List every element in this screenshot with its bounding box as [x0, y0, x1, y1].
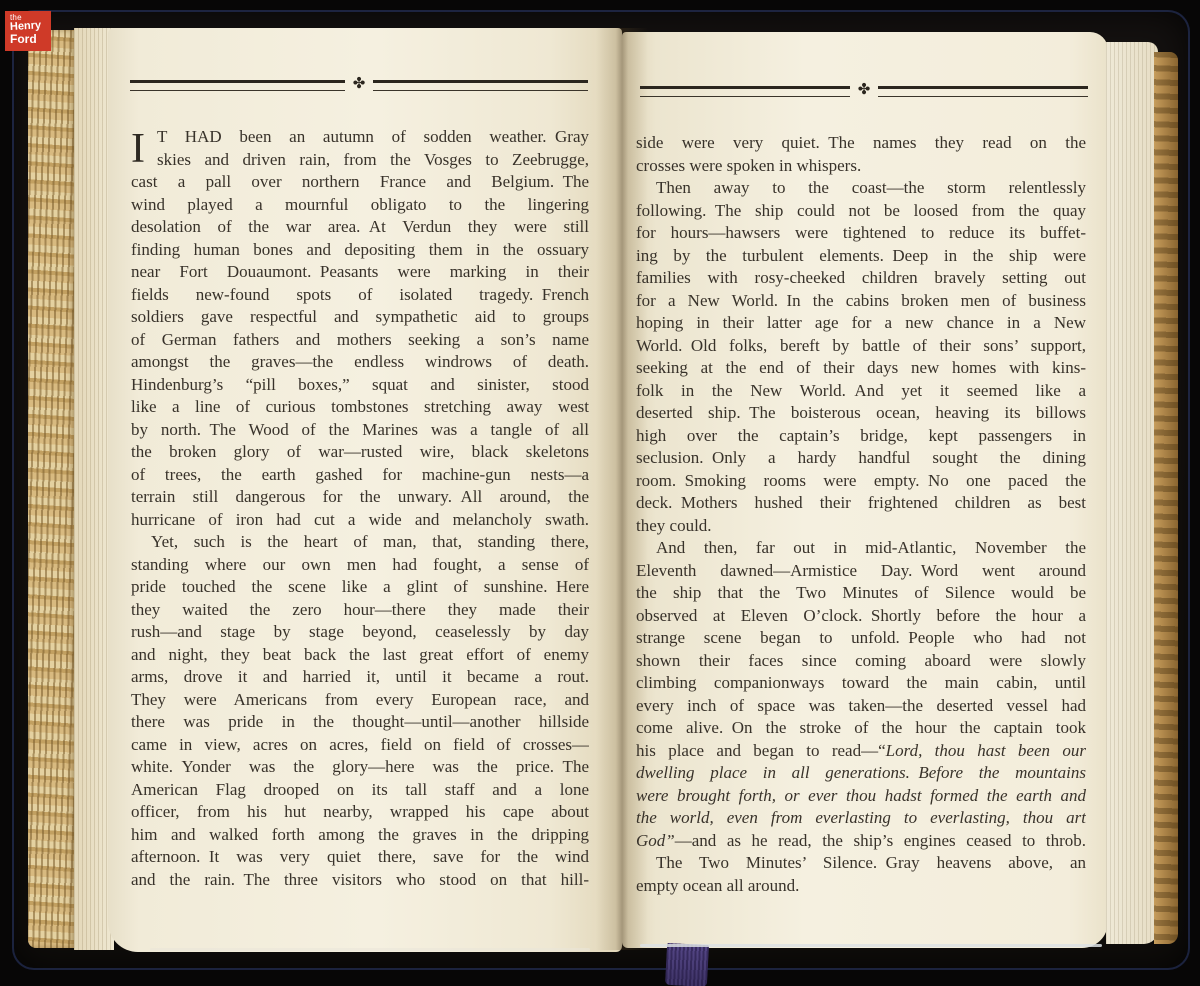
text-line: seclusion. Only a hardy handful sought t… — [636, 447, 1086, 470]
logo-text-ford: Ford — [10, 33, 51, 45]
text-segment: terrain still dangerous for the unwary. … — [131, 487, 589, 506]
text-line: empty ocean all around. — [636, 875, 1086, 898]
text-segment: soldiers gave respectful and sympathetic… — [131, 307, 589, 326]
text-segment: fields new-found spots of isolated trage… — [131, 285, 589, 304]
text-line: every inch of space was taken—the desert… — [636, 695, 1086, 718]
rule-segment — [878, 86, 1088, 97]
text-segment: —and as he read, the ship’s engines ceas… — [675, 831, 1086, 850]
text-line: following. The ship could not be loosed … — [636, 200, 1086, 223]
ribbon-bookmark — [665, 943, 709, 986]
text-segment: his place and began to read—“ — [636, 741, 886, 760]
text-line: side were very quiet. The names they rea… — [636, 132, 1086, 155]
text-segment: officer, from his hut nearby, wrapped hi… — [131, 802, 589, 821]
text-line: Yet, such is the heart of man, that, sta… — [131, 531, 589, 554]
text-segment: every inch of space was taken—the desert… — [636, 696, 1086, 715]
text-segment: families with rosy-cheeked children brav… — [636, 268, 1086, 287]
text-line: the world, even from everlasting to ever… — [636, 807, 1086, 830]
text-line: And then, far out in mid-Atlantic, Novem… — [636, 537, 1086, 560]
text-line: high over the captain’s bridge, kept pas… — [636, 425, 1086, 448]
text-line: fields new-found spots of isolated trage… — [131, 284, 589, 307]
text-line: came in view, acres on acres, field on f… — [131, 734, 589, 757]
right-page-bottom-edge — [640, 944, 1102, 947]
text-segment: near Fort Douaumont. Peasants were marki… — [131, 262, 589, 281]
text-segment: they waited the zero hour—there they mad… — [131, 600, 589, 619]
text-segment: shown their faces since coming aboard we… — [636, 651, 1086, 670]
text-line: near Fort Douaumont. Peasants were marki… — [131, 261, 589, 284]
text-line: they waited the zero hour—there they mad… — [131, 599, 589, 622]
text-segment: empty ocean all around. — [636, 876, 799, 895]
fleuron-icon: ✤ — [353, 79, 366, 89]
text-segment: like a line of curious tombstones stretc… — [131, 397, 589, 416]
text-line: skies and driven rain, from the Vosges t… — [131, 149, 589, 172]
text-line: hurricane of iron had cut a wide and mel… — [131, 509, 589, 532]
italic-text-segment: dwelling place in all generations. Befor… — [636, 763, 1086, 782]
text-line: and night, they beat back the last great… — [131, 644, 589, 667]
text-segment: standing where our own men had fought, a… — [131, 555, 589, 574]
text-line: Eleventh dawned—Armistice Day. Word went… — [636, 560, 1086, 583]
italic-text-segment: Lord, thou hast been our — [886, 741, 1086, 760]
text-segment: Hindenburg’s “pill boxes,” squat and sin… — [131, 375, 589, 394]
text-line: dwelling place in all generations. Befor… — [636, 762, 1086, 785]
text-segment: wind played a mournful obligato to the l… — [131, 195, 589, 214]
text-line: deck. Mothers hushed their frightened ch… — [636, 492, 1086, 515]
text-line: white. Yonder was the glory—here was the… — [131, 756, 589, 779]
text-segment: by north. The Wood of the Marines was a … — [131, 420, 589, 439]
text-segment: following. The ship could not be loosed … — [636, 201, 1086, 220]
text-segment: amongst the graves—the endless windrows … — [131, 352, 589, 371]
text-segment: observed at Eleven O’clock. Shortly befo… — [636, 606, 1086, 625]
text-segment: desolation of the war area. At Verdun th… — [131, 217, 589, 236]
text-line: for a New World. In the cabins broken me… — [636, 290, 1086, 313]
text-segment: white. Yonder was the glory—here was the… — [131, 757, 589, 776]
text-segment: Then away to the coast—the storm relentl… — [656, 178, 1086, 197]
text-line: observed at Eleven O’clock. Shortly befo… — [636, 605, 1086, 628]
header-rule-right: ✤ — [640, 86, 1088, 97]
text-line: arms, drove it and harried it, until it … — [131, 666, 589, 689]
text-segment: of German fathers and mothers seeking a … — [131, 330, 589, 349]
text-line: folk in the New World. And yet it seemed… — [636, 380, 1086, 403]
text-segment: American Flag drooped on its tall staff … — [131, 780, 589, 799]
text-line: seeking at the end of their days new hom… — [636, 357, 1086, 380]
text-line: and the rain. The three visitors who sto… — [131, 869, 589, 892]
text-line: afternoon. It was very quiet there, save… — [131, 846, 589, 869]
text-line: like a line of curious tombstones stretc… — [131, 396, 589, 419]
text-segment: folk in the New World. And yet it seemed… — [636, 381, 1086, 400]
text-segment: seclusion. Only a hardy handful sought t… — [636, 448, 1086, 467]
text-segment: They were Americans from every European … — [131, 690, 589, 709]
text-segment: arms, drove it and harried it, until it … — [131, 667, 589, 686]
rule-segment — [130, 80, 345, 91]
text-line: pride touched the scene like a glint of … — [131, 576, 589, 599]
text-line: cast a pall over northern France and Bel… — [131, 171, 589, 194]
text-line: room. Smoking rooms were empty. No one p… — [636, 470, 1086, 493]
text-segment: The Two Minutes’ Silence. Gray heavens a… — [656, 853, 1086, 872]
text-line: The Two Minutes’ Silence. Gray heavens a… — [636, 852, 1086, 875]
text-segment: cast a pall over northern France and Bel… — [131, 172, 589, 191]
text-line: T HAD been an autumn of sodden weather. … — [131, 126, 589, 149]
text-segment: came in view, acres on acres, field on f… — [131, 735, 589, 754]
text-line: his place and began to read—“Lord, thou … — [636, 740, 1086, 763]
text-segment: and night, they beat back the last great… — [131, 645, 589, 664]
text-segment: T HAD been an autumn of sodden weather. … — [157, 127, 589, 146]
text-line: ing by the turbulent elements. Deep in t… — [636, 245, 1086, 268]
text-line: hoping in their latter age for a new cha… — [636, 312, 1086, 335]
text-segment: crosses were spoken in whispers. — [636, 156, 861, 175]
text-segment: strange scene began to unfold. People wh… — [636, 628, 1086, 647]
italic-text-segment: the world, even from everlasting to ever… — [636, 808, 1086, 827]
text-line: of trees, the earth gashed for machine-g… — [131, 464, 589, 487]
book-photograph: ✤ ✤ I T HAD been an autumn of sodden wea… — [0, 0, 1200, 986]
text-line: for hours—hawsers were tightened to redu… — [636, 222, 1086, 245]
left-fore-edge-gilt — [28, 30, 76, 948]
text-segment: side were very quiet. The names they rea… — [636, 133, 1086, 152]
text-segment: hurricane of iron had cut a wide and mel… — [131, 510, 589, 529]
text-segment: of trees, the earth gashed for machine-g… — [131, 465, 589, 484]
text-segment: for a New World. In the cabins broken me… — [636, 291, 1086, 310]
rule-segment — [373, 80, 588, 91]
text-line: soldiers gave respectful and sympathetic… — [131, 306, 589, 329]
fleuron-icon: ✤ — [858, 85, 871, 95]
text-segment: high over the captain’s bridge, kept pas… — [636, 426, 1086, 445]
text-line: climbing companionways toward the main c… — [636, 672, 1086, 695]
text-segment: finding human bones and depositing them … — [131, 240, 589, 259]
text-segment: World. Old folks, bereft by battle of th… — [636, 336, 1086, 355]
text-segment: room. Smoking rooms were empty. No one p… — [636, 471, 1086, 490]
text-segment: they could. — [636, 516, 712, 535]
text-segment: pride touched the scene like a glint of … — [131, 577, 589, 596]
italic-text-segment: were brought forth, or ever thou hadst f… — [636, 786, 1086, 805]
text-line: wind played a mournful obligato to the l… — [131, 194, 589, 217]
header-rule-left: ✤ — [130, 80, 588, 91]
text-line: Then away to the coast—the storm relentl… — [636, 177, 1086, 200]
drop-cap: I — [131, 128, 145, 170]
text-line: American Flag drooped on its tall staff … — [131, 779, 589, 802]
text-segment: afternoon. It was very quiet there, save… — [131, 847, 589, 866]
text-segment: ing by the turbulent elements. Deep in t… — [636, 246, 1086, 265]
italic-text-segment: God” — [636, 831, 675, 850]
text-segment: climbing companionways toward the main c… — [636, 673, 1086, 692]
left-page-bottom-edge — [150, 948, 590, 951]
text-line: by north. The Wood of the Marines was a … — [131, 419, 589, 442]
text-line: they could. — [636, 515, 1086, 538]
text-line: desolation of the war area. At Verdun th… — [131, 216, 589, 239]
right-page-text: side were very quiet. The names they rea… — [636, 132, 1086, 897]
text-segment: rush—and stage by stage beyond, ceaseles… — [131, 622, 589, 641]
text-segment: the ship that the Two Minutes of Silence… — [636, 583, 1086, 602]
text-line: there was pride in the thought—until—ano… — [131, 711, 589, 734]
text-line: of German fathers and mothers seeking a … — [131, 329, 589, 352]
text-line: Hindenburg’s “pill boxes,” squat and sin… — [131, 374, 589, 397]
text-line: were brought forth, or ever thou hadst f… — [636, 785, 1086, 808]
text-segment: for hours—hawsers were tightened to redu… — [636, 223, 1086, 242]
text-segment: seeking at the end of their days new hom… — [636, 358, 1086, 377]
text-segment: and the rain. The three visitors who sto… — [131, 870, 589, 889]
text-segment: skies and driven rain, from the Vosges t… — [157, 150, 589, 169]
text-line: the ship that the Two Minutes of Silence… — [636, 582, 1086, 605]
text-segment: And then, far out in mid-Atlantic, Novem… — [656, 538, 1086, 557]
logo-text-henry: Henry — [10, 20, 52, 33]
text-segment: the broken glory of war—rusted wire, bla… — [131, 442, 589, 461]
text-line: They were Americans from every European … — [131, 689, 589, 712]
text-line: rush—and stage by stage beyond, ceaseles… — [131, 621, 589, 644]
text-line: families with rosy-cheeked children brav… — [636, 267, 1086, 290]
left-page-text: I T HAD been an autumn of sodden weather… — [131, 126, 589, 891]
text-line: God”—and as he read, the ship’s engines … — [636, 830, 1086, 853]
text-line: finding human bones and depositing them … — [131, 239, 589, 262]
text-line: deserted ship. The boisterous ocean, hea… — [636, 402, 1086, 425]
text-segment: hoping in their latter age for a new cha… — [636, 313, 1086, 332]
text-line: come alive. On the stroke of the hour th… — [636, 717, 1086, 740]
text-line: amongst the graves—the endless windrows … — [131, 351, 589, 374]
rule-segment — [640, 86, 850, 97]
text-line: crosses were spoken in whispers. — [636, 155, 1086, 178]
text-line: terrain still dangerous for the unwary. … — [131, 486, 589, 509]
text-segment: deck. Mothers hushed their frightened ch… — [636, 493, 1086, 512]
text-segment: come alive. On the stroke of the hour th… — [636, 718, 1086, 737]
henry-ford-logo: the Henry Ford — [5, 11, 51, 51]
text-line: standing where our own men had fought, a… — [131, 554, 589, 577]
text-segment: him and walked forth among the graves in… — [131, 825, 589, 844]
text-line: World. Old folks, bereft by battle of th… — [636, 335, 1086, 358]
text-segment: Yet, such is the heart of man, that, sta… — [151, 532, 589, 551]
text-line: shown their faces since coming aboard we… — [636, 650, 1086, 673]
text-line: strange scene began to unfold. People wh… — [636, 627, 1086, 650]
text-segment: there was pride in the thought—until—ano… — [131, 712, 589, 731]
text-segment: deserted ship. The boisterous ocean, hea… — [636, 403, 1086, 422]
text-line: him and walked forth among the graves in… — [131, 824, 589, 847]
right-fore-edge-gilt — [1154, 52, 1178, 944]
text-line: the broken glory of war—rusted wire, bla… — [131, 441, 589, 464]
text-segment: Eleventh dawned—Armistice Day. Word went… — [636, 561, 1086, 580]
right-page-edge-stack — [1106, 42, 1158, 944]
text-line: officer, from his hut nearby, wrapped hi… — [131, 801, 589, 824]
